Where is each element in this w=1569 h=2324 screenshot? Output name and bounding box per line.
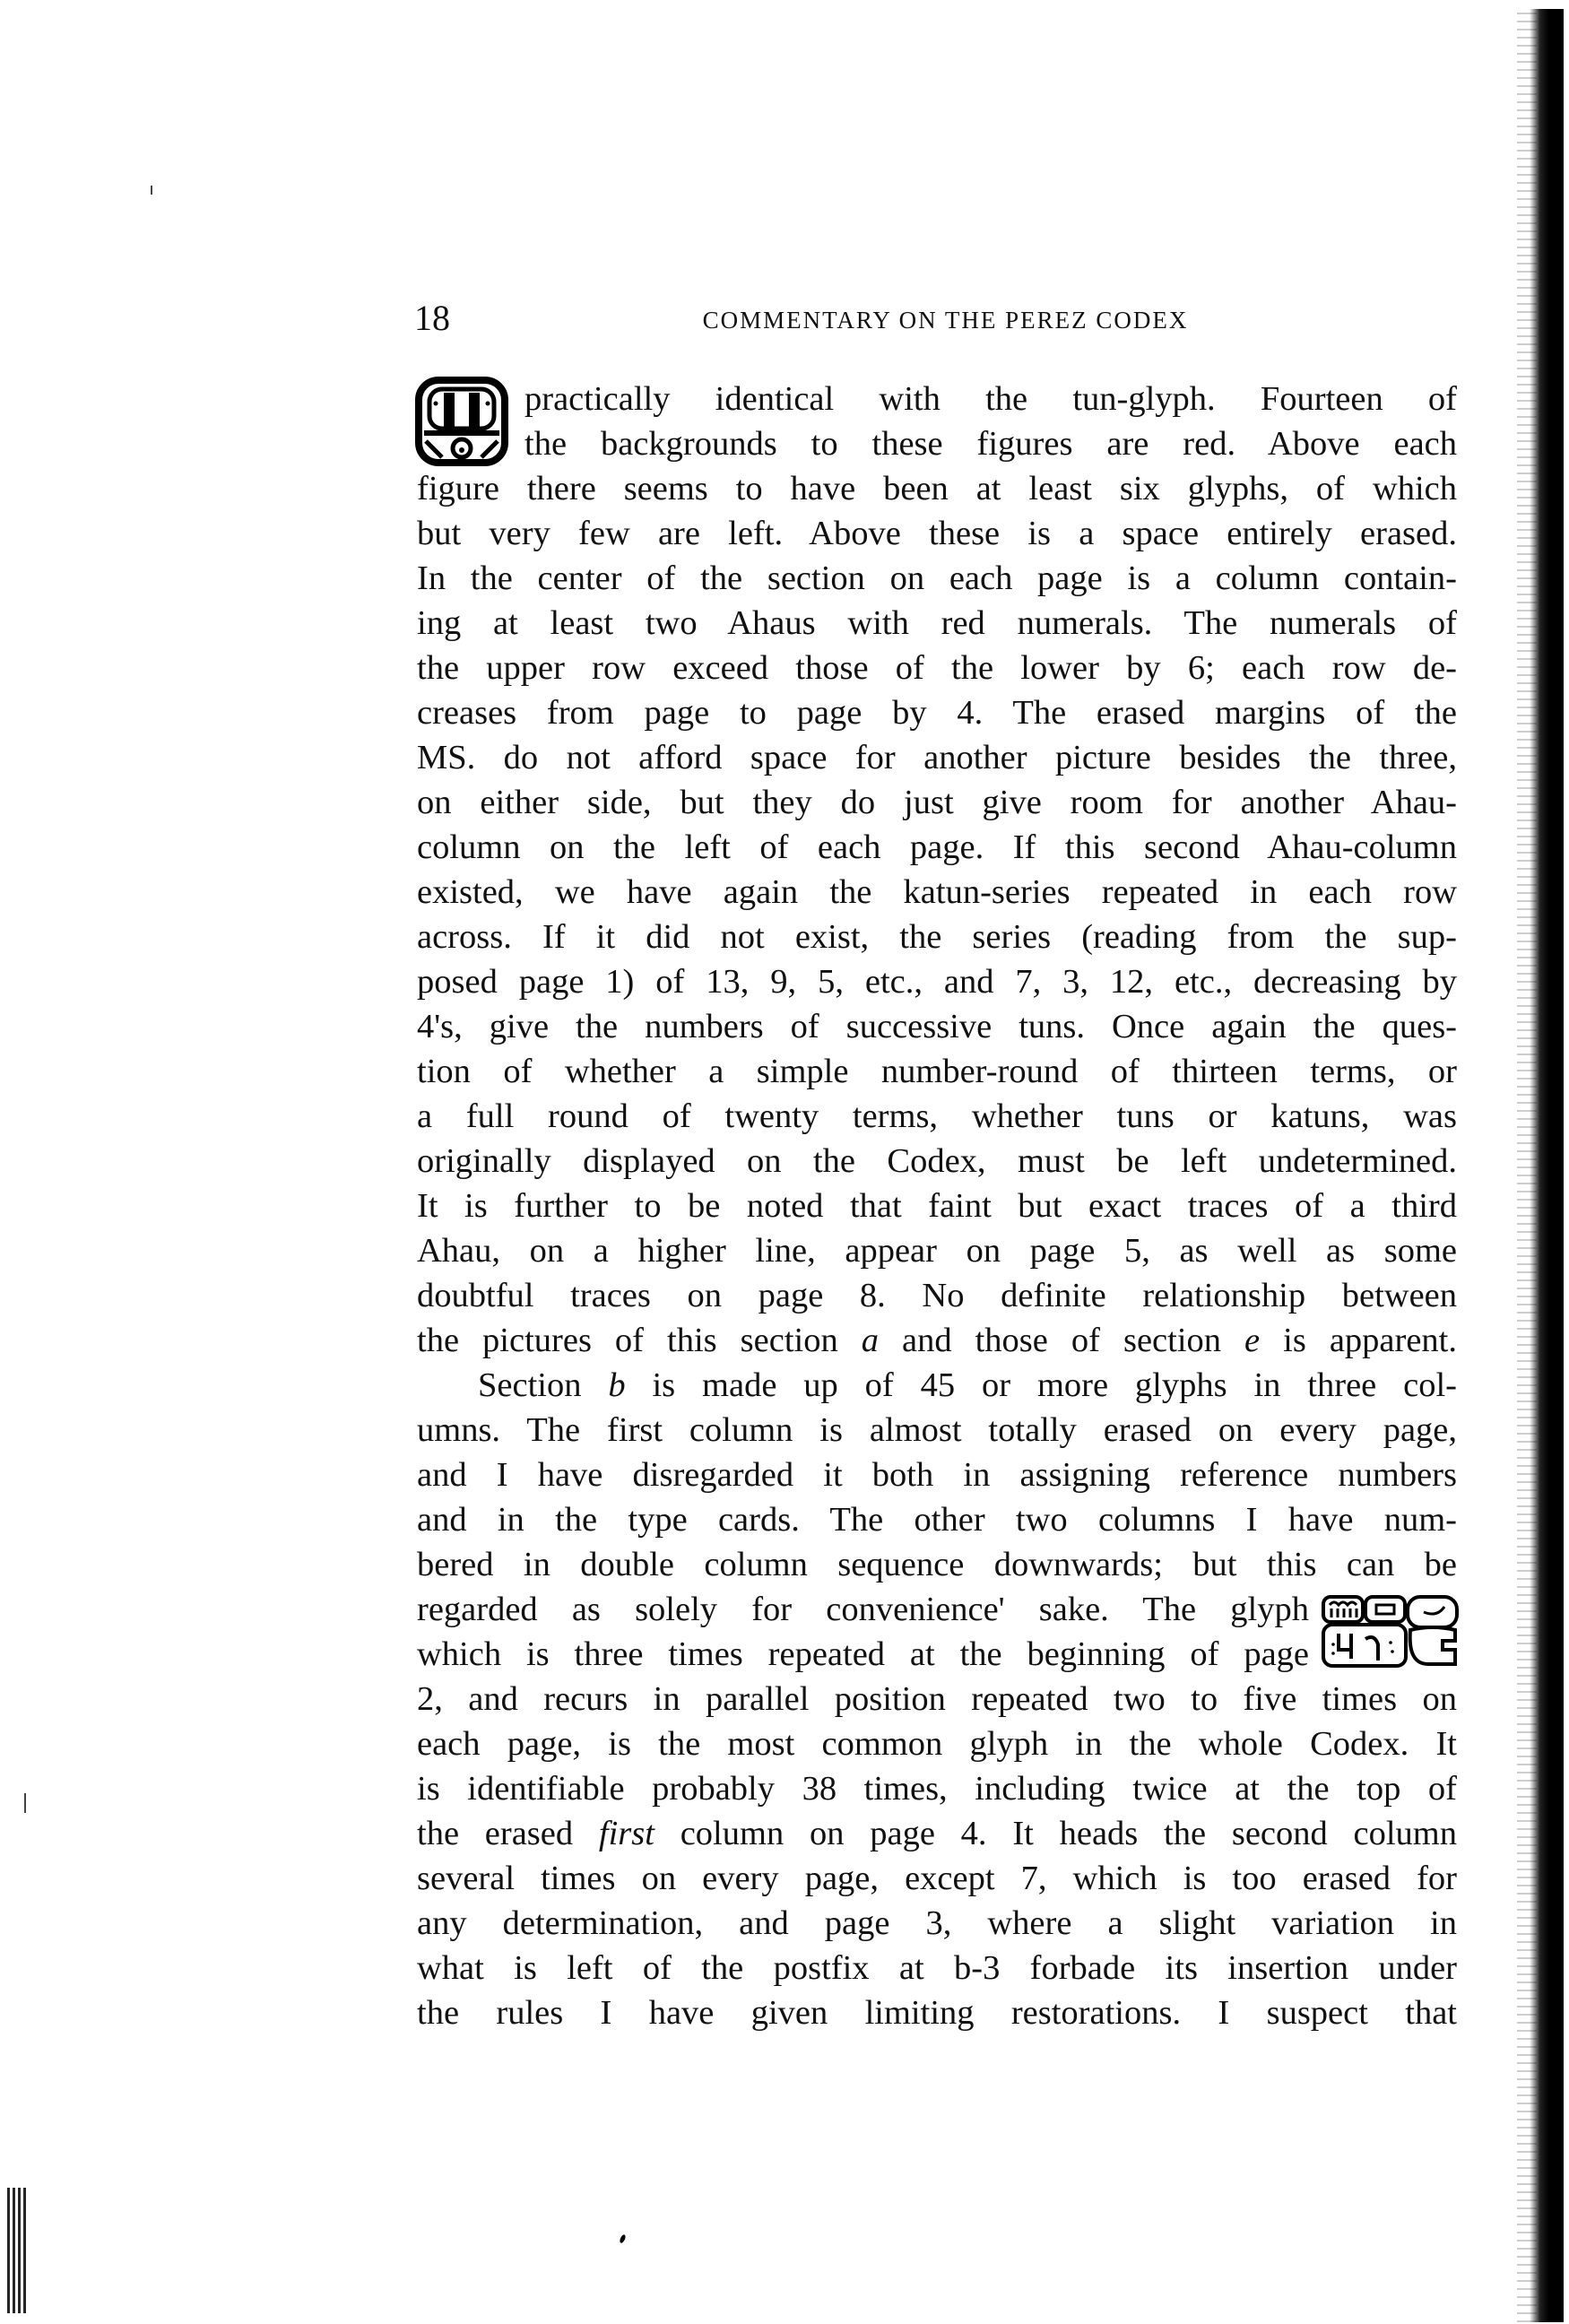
text-line: each page, is the most common glyph in t… (417, 1721, 1457, 1766)
text-line-paragraph-end: the pictures of this section a and those… (417, 1318, 1457, 1363)
text-line-paragraph-start: Section b is made up of 45 or more glyph… (417, 1363, 1457, 1408)
text-line: on either side, but they do just give ro… (417, 780, 1457, 825)
text-line: creases from page to page by 4. The eras… (417, 690, 1457, 735)
text-line: but very few are left. Above these is a … (417, 511, 1457, 556)
text-line: is identifiable probably 38 times, inclu… (417, 1766, 1457, 1811)
text-line: regarded as solely for convenience' sake… (417, 1587, 1457, 1632)
emphasis-first: first (599, 1815, 654, 1852)
text-line: and I have disregarded it both in assign… (417, 1452, 1457, 1497)
running-title: COMMENTARY ON THE PEREZ CODEX (414, 299, 1459, 341)
text-line: a full round of twenty terms, whether tu… (417, 1094, 1457, 1139)
text-line: umns. The first column is almost totally… (417, 1408, 1457, 1452)
ink-speck (619, 2233, 627, 2243)
text-line: several times on every page, except 7, w… (417, 1856, 1457, 1901)
text-line: the backgrounds to these figures are red… (417, 421, 1457, 466)
text-line: originally displayed on the Codex, must … (417, 1139, 1457, 1184)
text-line: posed page 1) of 13, 9, 5, etc., and 7, … (417, 959, 1457, 1004)
text-line: column on the left of each page. If this… (417, 825, 1457, 870)
text-line: ing at least two Ahaus with red numerals… (417, 601, 1457, 646)
text-line: the upper row exceed those of the lower … (417, 646, 1457, 690)
text-line: the erased first column on page 4. It he… (417, 1811, 1457, 1856)
scan-tick (24, 1793, 26, 1813)
text-line: what is left of the postfix at b-3 forba… (417, 1946, 1457, 1990)
text-line: doubtful traces on page 8. No definite r… (417, 1273, 1457, 1318)
text-line: the rules I have given limiting restorat… (417, 1990, 1457, 2035)
text-line: existed, we have again the katun-series … (417, 870, 1457, 915)
scan-gutter-mark (7, 2188, 27, 2313)
scan-tick (151, 186, 152, 195)
text-line: across. If it did not exist, the series … (417, 915, 1457, 959)
text-line: It is further to be noted that faint but… (417, 1184, 1457, 1228)
text-line: bered in double column sequence downward… (417, 1542, 1457, 1587)
section-label-a: a (862, 1322, 879, 1359)
binding-speckle (1517, 9, 1537, 2322)
section-label-b: b (608, 1366, 625, 1404)
running-head: 18 COMMENTARY ON THE PEREZ CODEX (414, 296, 1459, 341)
text-line: which is three times repeated at the beg… (417, 1632, 1457, 1677)
body-text: practically identical with the tun-glyph… (417, 377, 1457, 2035)
text-line: 2, and recurs in parallel position repea… (417, 1677, 1457, 1721)
text-line: figure there seems to have been at least… (417, 466, 1457, 511)
section-label-e: e (1244, 1322, 1260, 1359)
text-line: and in the type cards. The other two col… (417, 1497, 1457, 1542)
text-line: practically identical with the tun-glyph… (417, 377, 1457, 421)
text-line: any determination, and page 3, where a s… (417, 1901, 1457, 1946)
text-line: In the center of the section on each pag… (417, 556, 1457, 601)
text-line: tion of whether a simple number-round of… (417, 1049, 1457, 1094)
text-line: Ahau, on a higher line, appear on page 5… (417, 1228, 1457, 1273)
text-line: 4's, give the numbers of successive tuns… (417, 1004, 1457, 1049)
text-line: MS. do not afford space for another pict… (417, 735, 1457, 780)
